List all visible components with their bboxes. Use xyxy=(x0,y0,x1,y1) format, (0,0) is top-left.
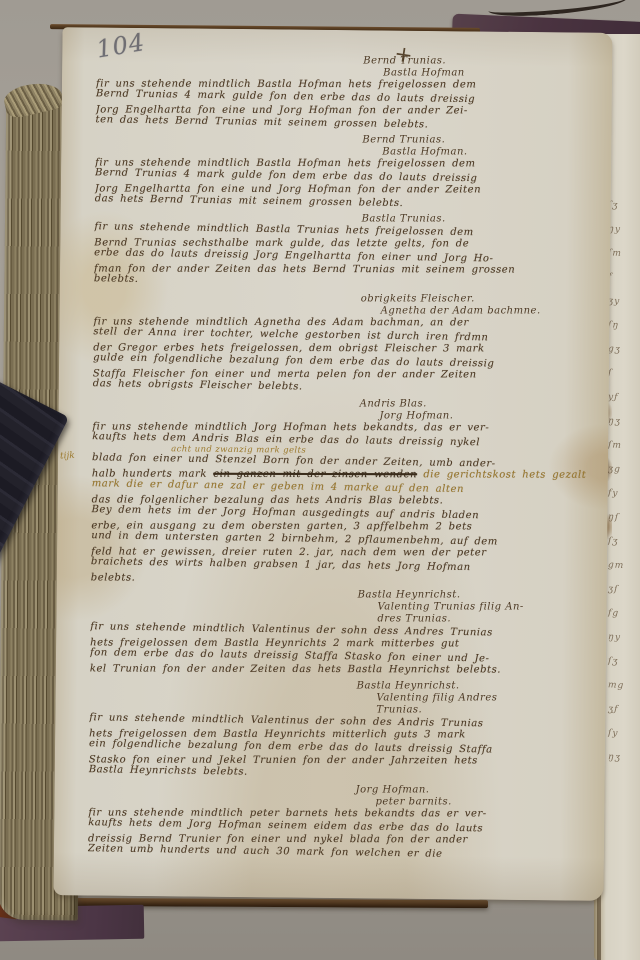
edge-writing-fragment: ƒ xyxy=(607,265,638,291)
edge-writing-fragment: ŋy xyxy=(607,217,638,243)
entry-heading: Trunias. xyxy=(376,705,583,717)
entry-heading: Bastla Trunias. xyxy=(361,213,588,225)
entry-heading: dres Trunias. xyxy=(377,614,584,626)
entry-heading: Jorg Hofman. xyxy=(355,784,582,796)
edge-writing-fragment: ſŋ xyxy=(607,313,638,339)
entry-heading: Andris Blas. xyxy=(359,398,586,410)
entry-heading: obrigkeits Fleischer. xyxy=(360,293,587,305)
manuscript-line: kel Trunian fon der ander Zeiten das het… xyxy=(90,662,584,676)
photograph-of-manuscript: { "page": { "page_number": "104", "cross… xyxy=(0,0,640,960)
edge-writing-fragment: ʒſ xyxy=(607,577,638,603)
manuscript-entry: Bernd Trunias.Bastla Hofman.fir uns steh… xyxy=(95,130,590,211)
manuscript-entry: Jorg Hofman.peter barnits.fir uns stehen… xyxy=(88,780,583,861)
edge-writing-fragment: ŋʒ xyxy=(607,409,638,435)
correction-text: die gerichtskost hets gezalt hets hier xyxy=(423,469,590,481)
edge-writing-fragment: ſʒ xyxy=(607,193,638,219)
manuscript-entries: Bernd Trunias.Bastla Hofmanfir uns stehe… xyxy=(88,51,591,890)
edge-writing-fragment: ʒy xyxy=(607,289,638,315)
edge-writing-fragment: ſm xyxy=(607,241,638,267)
edge-writing-fragment: ʒg xyxy=(607,457,638,483)
edge-writing-fragment: ŋſ xyxy=(607,505,638,531)
next-page-writing-edge: ſʒŋyſmƒʒyſŋgʒſyƒŋʒſmʒgƒyŋſſʒgmʒſƒgŋyſʒmg… xyxy=(608,194,638,770)
manuscript-entry: obrigkeits Fleischer.Agnetha der Adam ba… xyxy=(93,289,588,396)
edge-writing-fragment: ſʒ xyxy=(607,649,638,675)
entry-heading: Bastla Heynrichst. xyxy=(356,680,583,692)
edge-writing-fragment: gʒ xyxy=(607,337,638,363)
edge-writing-fragment: gm xyxy=(607,553,638,579)
edge-writing-fragment: ŋʒ xyxy=(607,745,638,771)
edge-writing-fragment: ſy xyxy=(607,721,638,747)
manuscript-entry: Bastla Heynrichst.Valenting filig Andres… xyxy=(89,676,584,782)
entry-heading: Bernd Trunias. xyxy=(363,55,590,67)
manuscript-entry: Andris Blas.Jorg Hofman.fir uns stehende… xyxy=(91,394,587,587)
edge-writing-fragment: ſ xyxy=(607,361,638,387)
edge-writing-fragment: ſm xyxy=(607,433,638,459)
struck-text: ein ganzen mit der zinsen wenden xyxy=(213,469,417,481)
edge-writing-fragment: ƒy xyxy=(607,481,638,507)
edge-writing-fragment: ƒg xyxy=(607,601,638,627)
entry-heading: Valenting filig Andres xyxy=(376,693,583,705)
edge-writing-fragment: ʒƒ xyxy=(607,697,638,723)
manuscript-line: belebts. xyxy=(91,571,585,585)
edge-writing-fragment: ŋy xyxy=(607,625,638,651)
entry-heading: Bastla Heynrichst. xyxy=(357,589,584,601)
manuscript-entry: Bernd Trunias.Bastla Hofmanfir uns stehe… xyxy=(96,51,591,132)
manuscript-page[interactable]: 104 + tijk Bernd Trunias.Bastla Hofmanfi… xyxy=(53,27,612,901)
edge-writing-fragment: mg xyxy=(607,673,638,699)
margin-note: tijk xyxy=(60,451,75,462)
entry-heading: Bernd Trunias. xyxy=(362,134,589,146)
entry-heading: Valenting Trunias filig An- xyxy=(377,602,584,614)
edge-writing-fragment: ſʒ xyxy=(607,529,638,555)
edge-writing-fragment: yƒ xyxy=(607,385,638,411)
manuscript-entry: Bastla Heynrichst.Valenting Trunias fili… xyxy=(90,585,585,678)
manuscript-entry: Bastla Trunias.fir uns stehende mindtlic… xyxy=(94,209,589,291)
